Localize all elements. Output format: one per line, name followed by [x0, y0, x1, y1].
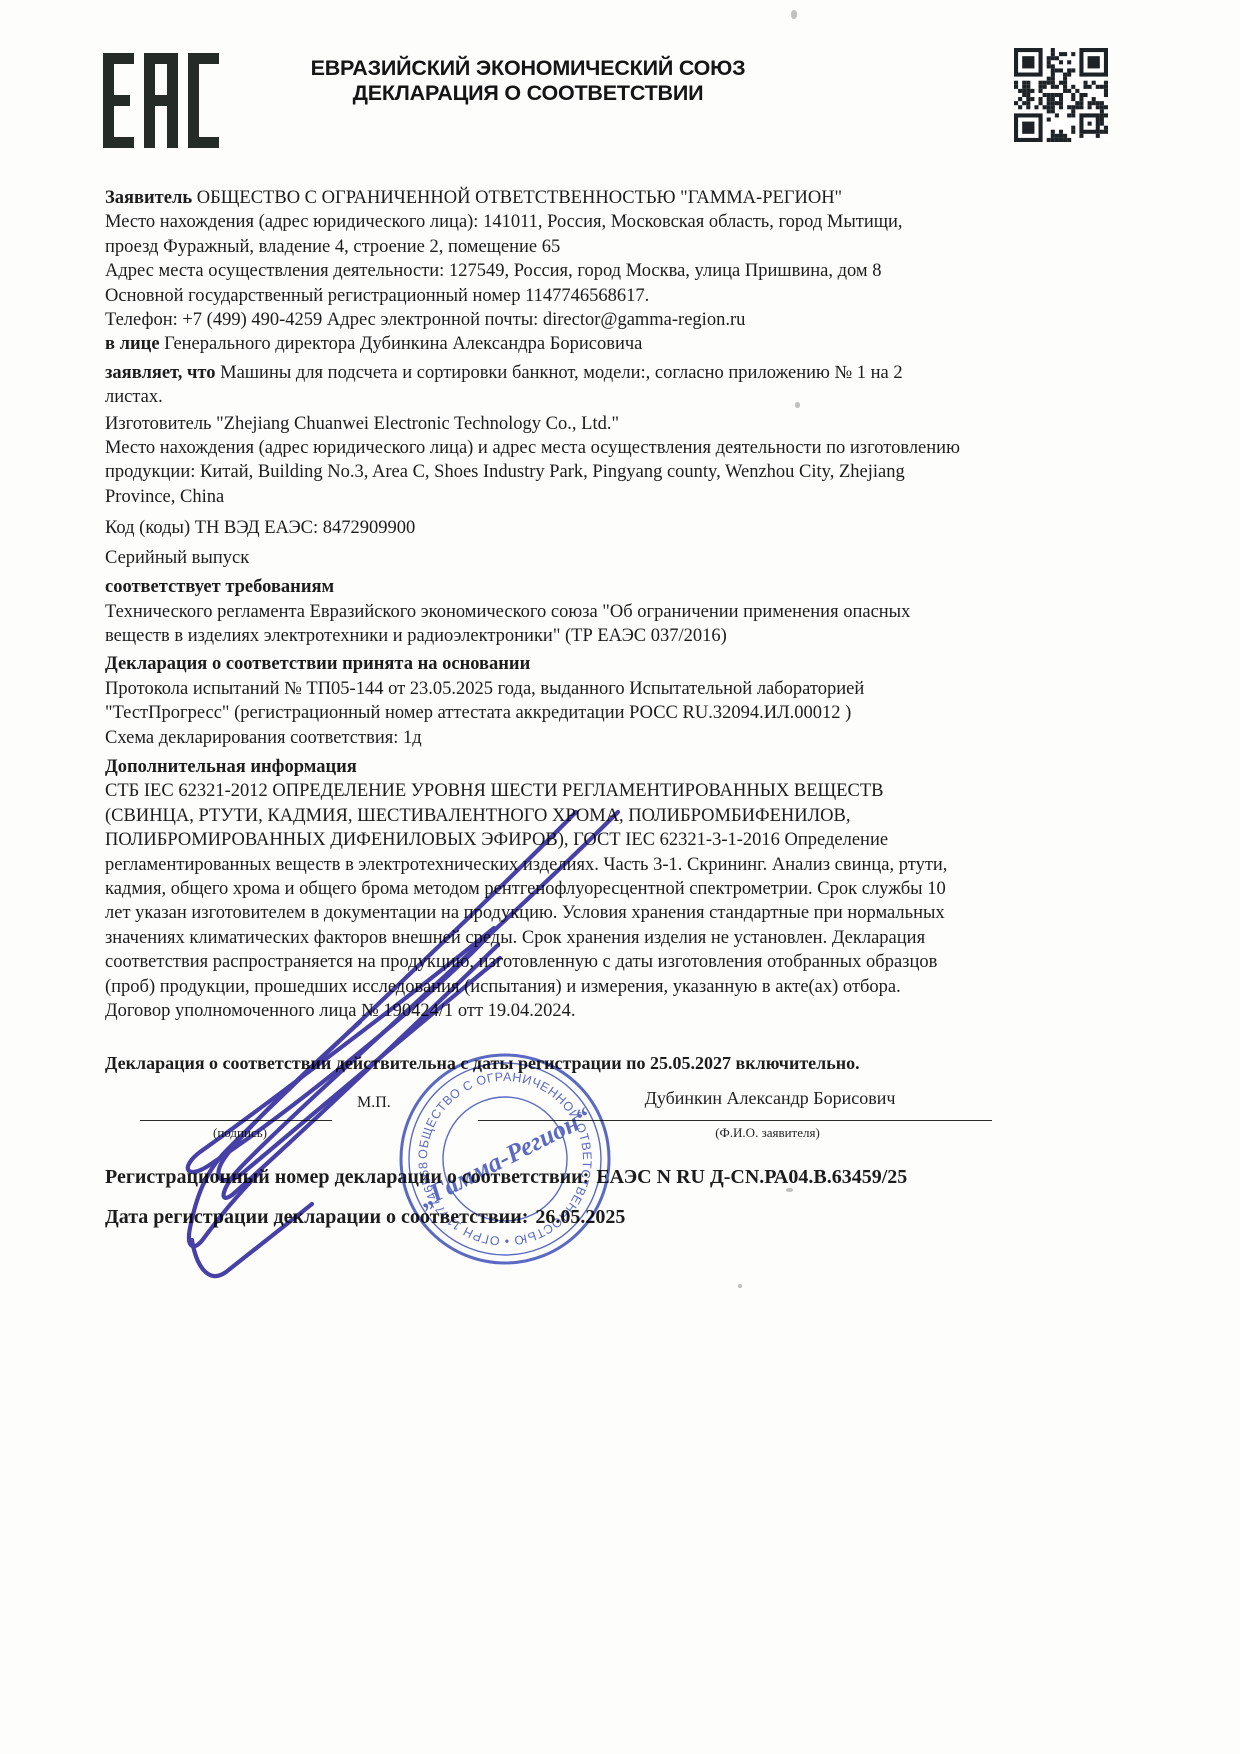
document-line: Схема декларирования соответствия: 1д	[105, 726, 1165, 750]
scan-artifact	[738, 1284, 742, 1288]
eac-logo	[103, 53, 219, 148]
handwritten-signature	[100, 780, 660, 1320]
document-line: Место нахождения (адрес юридического лиц…	[105, 436, 1165, 460]
document-line: Код (коды) ТН ВЭД ЕАЭС: 8472909900	[105, 516, 1165, 540]
title-line-2: ДЕКЛАРАЦИЯ О СООТВЕТСТВИИ	[288, 81, 768, 106]
document-line: Изготовитель "Zhejiang Chuanwei Electron…	[105, 412, 1165, 436]
scan-artifact	[786, 1188, 793, 1192]
document-line: продукции: Китай, Building No.3, Area C,…	[105, 460, 1165, 484]
document-line: в лице Генерального директора Дубинкина …	[105, 332, 1165, 356]
document-line: Протокола испытаний № ТП05-144 от 23.05.…	[105, 677, 1165, 701]
signature-stroke	[192, 1204, 312, 1276]
document-title: ЕВРАЗИЙСКИЙ ЭКОНОМИЧЕСКИЙ СОЮЗ ДЕКЛАРАЦИ…	[288, 56, 768, 106]
declaration-document: ЕВРАЗИЙСКИЙ ЭКОНОМИЧЕСКИЙ СОЮЗ ДЕКЛАРАЦИ…	[0, 0, 1240, 1754]
document-line: Место нахождения (адрес юридического лиц…	[105, 210, 1165, 234]
document-line: заявляет, что Машины для подсчета и сорт…	[105, 361, 1165, 385]
scan-artifact	[791, 10, 797, 19]
qr-code	[1014, 48, 1108, 142]
document-line: Адрес места осуществления деятельности: …	[105, 259, 1165, 283]
document-line: листах.	[105, 385, 1165, 409]
document-line: Province, China	[105, 485, 1165, 509]
document-line: Технического регламента Евразийского эко…	[105, 600, 1165, 624]
signature-stroke	[188, 928, 494, 1172]
title-line-1: ЕВРАЗИЙСКИЙ ЭКОНОМИЧЕСКИЙ СОЮЗ	[288, 56, 768, 81]
document-line: Заявитель ОБЩЕСТВО С ОГРАНИЧЕННОЙ ОТВЕТС…	[105, 186, 1165, 210]
document-line: Телефон: +7 (499) 490-4259 Адрес электро…	[105, 308, 1165, 332]
document-line: Дополнительная информация	[105, 755, 1165, 779]
document-line: проезд Фуражный, владение 4, строение 2,…	[105, 235, 1165, 259]
applicant-caption: (Ф.И.О. заявителя)	[645, 1125, 890, 1141]
scan-artifact	[795, 402, 800, 408]
document-line: веществ в изделиях электротехники и ради…	[105, 624, 1165, 648]
document-line: Декларация о соответствии принята на осн…	[105, 652, 1165, 676]
document-line: Основной государственный регистрационный…	[105, 284, 1165, 308]
document-line: Серийный выпуск	[105, 546, 1165, 570]
document-line: соответствует требованиям	[105, 575, 1165, 599]
document-line: "ТестПрогресс" (регистрационный номер ат…	[105, 701, 1165, 725]
